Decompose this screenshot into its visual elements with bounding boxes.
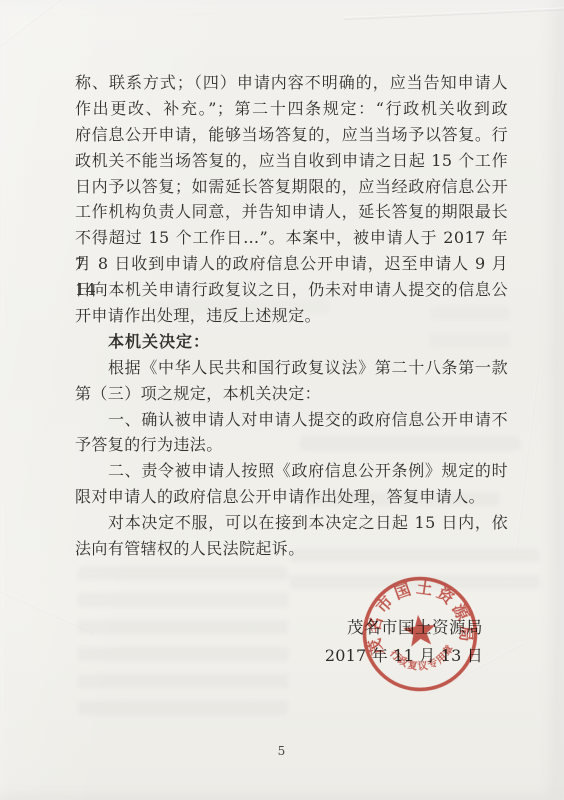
document-line: 限对申请人的政府信息公开申请作出处理，答复申请人。	[75, 484, 508, 510]
document-line: 称、联系方式；（四）申请内容不明确的，应当告知申请人	[75, 70, 508, 96]
document-line: 日向本机关申请行政复议之日，仍未对申请人提交的信息公	[75, 277, 508, 303]
document-line: 月 8 日收到申请人的政府信息公开申请，迟至申请人 9 月 14	[75, 251, 508, 277]
seal-ring-text: 茂名市国土资源局	[358, 572, 478, 657]
document-line: 政机关不能当场答复的，应当自收到申请之日起 15 个工作	[75, 148, 508, 174]
document-line: 作出更改、补充。”；第二十四条规定：“行政机关收到政	[75, 96, 508, 122]
page-number: 5	[0, 744, 564, 758]
document-page: 称、联系方式；（四）申请内容不明确的，应当告知申请人 作出更改、补充。”；第二十…	[0, 0, 564, 800]
document-line: 府信息公开申请，能够当场答复的，应当当场予以答复。行	[75, 122, 508, 148]
ink-bleedthrough	[78, 566, 288, 716]
decision-heading: 本机关决定：	[75, 329, 508, 355]
seal-star-icon	[402, 613, 437, 647]
decision-item-1: 一、确认被申请人对申请人提交的政府信息公开申请不	[75, 407, 508, 433]
paper-crease	[0, 584, 95, 635]
svg-text:茂名市国土资源局: 茂名市国土资源局	[358, 572, 478, 657]
paper-crease	[344, 7, 564, 20]
document-line: 予答复的行为违法。	[75, 432, 508, 458]
decision-item-2: 二、责令被申请人按照《政府信息公开条例》规定的时	[75, 458, 508, 484]
official-seal: 茂名市国土资源局 行政复议专用章	[350, 564, 491, 705]
appeal-notice-line: 法向有管辖权的人民法院起诉。	[75, 536, 508, 562]
document-line: 根据《中华人民共和国行政复议法》第二十八条第一款	[75, 355, 508, 381]
document-line: 不得超过 15 个工作日…”。本案中，被申请人于 2017 年 7	[75, 225, 508, 251]
document-line: 开申请作出处理，违反上述规定。	[75, 303, 508, 329]
document-line: 第（三）项之规定，本机关决定：	[75, 381, 508, 407]
seal-banner-text: 行政复议专用章	[386, 641, 458, 676]
appeal-notice-line: 对本决定不服，可以在接到本决定之日起 15 日内，依	[75, 510, 508, 536]
paper-crease	[515, 371, 539, 550]
document-line: 工作机构负责人同意，并告知申请人，延长答复的期限最长	[75, 199, 508, 225]
document-line: 日内予以答复；如需延长答复期限的，应当经政府信息公开	[75, 174, 508, 200]
paper-crease	[0, 0, 87, 60]
document-body: 称、联系方式；（四）申请内容不明确的，应当告知申请人 作出更改、补充。”；第二十…	[75, 70, 508, 562]
svg-text:行政复议专用章: 行政复议专用章	[386, 641, 458, 676]
